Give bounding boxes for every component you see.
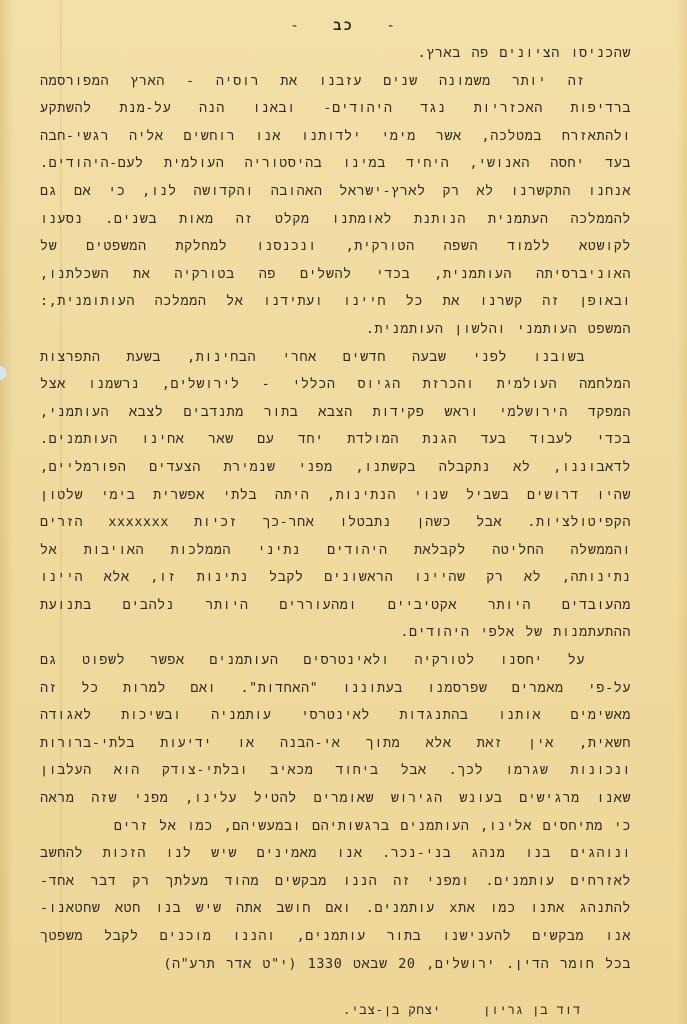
text-line: בעד יחסה האנושי, היחיד במינו בהיסטוריה ה… bbox=[40, 150, 631, 178]
text-line: שהכניסו הציונים פה בארץ. bbox=[40, 40, 631, 68]
text-line: בכל חומר הדין. ירושלים, 20 שבאט 1330 (י"… bbox=[40, 951, 631, 979]
text-line: המלחמה העולמית והכרזת הגיוס הכללי - לירו… bbox=[40, 371, 631, 399]
text-line: האוניברסיתה העותמנית, בכדי להשלים פה בטו… bbox=[40, 261, 631, 289]
text-line: ונוהגים בנו מנהג בני-נכר. אנו מאמינים שי… bbox=[40, 840, 631, 868]
text-line: ההתעתמנות של אלפי היהודים. bbox=[40, 619, 631, 647]
text-line: כי מתיחסים אלינו, העותמנים ברגשותיהם ובמ… bbox=[40, 813, 631, 841]
document-page: - כב - שהכניסו הציונים פה בארץ.זה יותר מ… bbox=[0, 0, 687, 1024]
text-line: אנו מבקשים להענישנו בתור עותמנים, והננו … bbox=[40, 923, 631, 951]
text-line: חשאית, אין זאת אלא מתוך אי-הבנה או ידיעו… bbox=[40, 730, 631, 758]
text-line: ובאופן זה קשרנו את כל חיינו ועתידנו אל ה… bbox=[40, 288, 631, 316]
text-line: בכדי לעבוד בעד הגנת המולדת יחד עם שאר אח… bbox=[40, 426, 631, 454]
text-line: על-פי מאמרים שפרסמנו בעתוננו "האחדות". ו… bbox=[40, 675, 631, 703]
text-line: נתינותה, לא רק שהיינו הראשונים לקבל נתינ… bbox=[40, 564, 631, 592]
signature-block: דוד בן גריון יצחק בן-צבי. bbox=[343, 1002, 581, 1018]
signature-ben-gurion: דוד בן גריון bbox=[483, 1002, 581, 1018]
page-number: כב bbox=[333, 18, 354, 34]
text-line: מאשימים אותנו בהתנגדות לאינטרסי עותמניה … bbox=[40, 702, 631, 730]
text-line: להממלכה העתמנית הנותנת לאומתנו מקלט זה מ… bbox=[40, 206, 631, 234]
punch-hole bbox=[0, 366, 6, 380]
text-line: הקפיטולציות. אבל כשהן נתבטלו אחר-כך זכיו… bbox=[40, 509, 631, 537]
text-line: המשפט העותמני והלשון העותמנית. bbox=[40, 316, 631, 344]
page-number-dash: - bbox=[290, 18, 300, 34]
text-line: בשובנו לפני שבעה חדשים אחרי הבחינות, בשע… bbox=[40, 344, 631, 372]
signature-ben-zvi: יצחק בן-צבי. bbox=[343, 1002, 441, 1018]
text-line: המפקד הירושלמי וראש פקידות הצבא בתור מתנ… bbox=[40, 399, 631, 427]
text-line: אנחנו התקשרנו לא רק לארץ-ישראל האהובה וה… bbox=[40, 178, 631, 206]
page-number-header: - כב - bbox=[0, 18, 687, 35]
text-line: ולהתאזרח במטלכה, אשר מימי ילדותנו אנו רו… bbox=[40, 123, 631, 151]
letter-body: שהכניסו הציונים פה בארץ.זה יותר משמונה ש… bbox=[40, 40, 631, 978]
text-line: שהיו דרושים בשביל שנוי הנתינות, היתה בלת… bbox=[40, 482, 631, 510]
page-number-dash: - bbox=[386, 18, 396, 34]
text-line: שאנו מרגישים בעונש הגירוש שאומרים להטיל … bbox=[40, 785, 631, 813]
text-line: ברדיפות האכזריות נגד היהודים- ובאנו הנה … bbox=[40, 95, 631, 123]
text-line: זה יותר משמונה שנים עזבנו את רוסיה - האר… bbox=[40, 68, 631, 96]
text-line: להתנהג אתנו כמו אתx עותמנים. ואם חושב את… bbox=[40, 895, 631, 923]
text-line: ונכונות שגרמו לכך. אבל ביחוד מכאיב ובלתי… bbox=[40, 757, 631, 785]
text-line: על יחסנו לטורקיה ולאינטרסים העותמנים אפש… bbox=[40, 647, 631, 675]
text-line: לקושטא ללמוד השפה הטורקית, ונכנסנו למחלק… bbox=[40, 233, 631, 261]
text-line: והממשלה החליטה לקבלאת היהודים נתיני הממל… bbox=[40, 537, 631, 565]
text-line: לדאבוננו, לא נתקבלה בקשתנו, מפני שנמירת … bbox=[40, 454, 631, 482]
text-line: מהעובדים היותר אקטיביים ומהעוררים היותר … bbox=[40, 592, 631, 620]
text-line: לאזרחים עותמנים. ומפני זה הננו מבקשים מה… bbox=[40, 868, 631, 896]
